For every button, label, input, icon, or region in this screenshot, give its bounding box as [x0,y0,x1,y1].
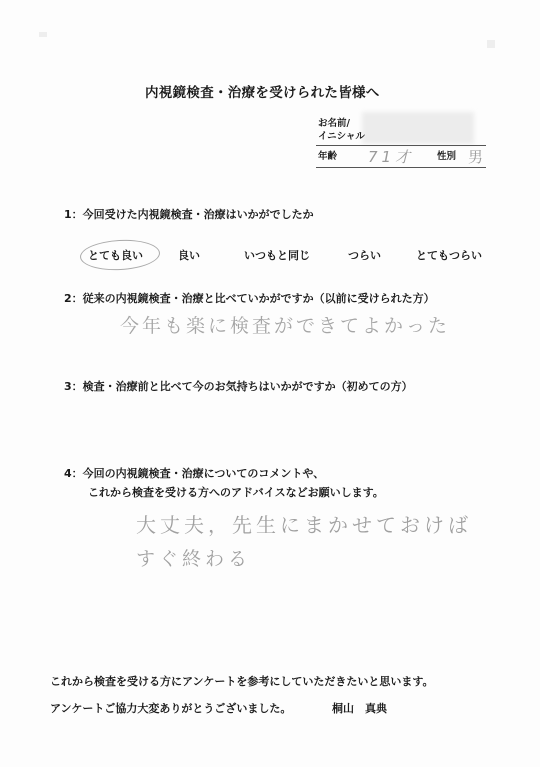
option-same-as-usual[interactable]: いつもと同じ [244,247,310,263]
option-good[interactable]: 良い [178,247,200,263]
question-text-line2: これから検査を受ける方へのアドバイスなどお願いします。 [88,484,384,500]
gender-label: 性別 [437,150,456,163]
age-label: 年齢 [318,150,337,163]
footer-line2: アンケートご協力大変ありがとうございました。 [50,700,291,716]
handwritten-answer-line2: すぐ終わる [136,544,251,571]
scan-speck [487,40,495,48]
question-text: 2：従来の内視鏡検査・治療と比べていかがですか（以前に受けられた方） [64,290,435,306]
survey-page: 内視鏡検査・治療を受けられた皆様へ お名前/ イニシャル 年齢 71才 性別 男… [0,0,540,767]
page-title: 内視鏡検査・治療を受けられた皆様へ [145,81,380,101]
option-very-hard[interactable]: とてもつらい [416,247,482,263]
footer-line1: これから検査を受ける方にアンケートを参考にしていただきたいと思います。 [50,673,433,689]
question-text-line1: 4：今回の内視鏡検査・治療についてのコメントや、 [64,465,324,481]
signature: 桐山 真典 [332,700,387,716]
option-hard[interactable]: つらい [348,247,381,263]
scan-speck [39,32,47,37]
handwritten-answer-line1: 大丈夫，先生にまかせておけば [136,509,472,538]
age-value: 71才 [368,146,414,167]
name-redacted [362,112,474,144]
divider [316,167,486,168]
gender-value: 男 [468,146,483,167]
name-label: お名前/ イニシャル [318,117,365,143]
handwritten-answer: 今年も楽に検査ができてよかった [120,311,450,338]
question-text: 3：検査・治療前と比べて今のお気持ちはいかがですか（初めての方） [64,378,413,394]
option-very-good[interactable]: とても良い [88,247,143,263]
question-text: 1：今回受けた内視鏡検査・治療はいかがでしたか [64,206,314,222]
